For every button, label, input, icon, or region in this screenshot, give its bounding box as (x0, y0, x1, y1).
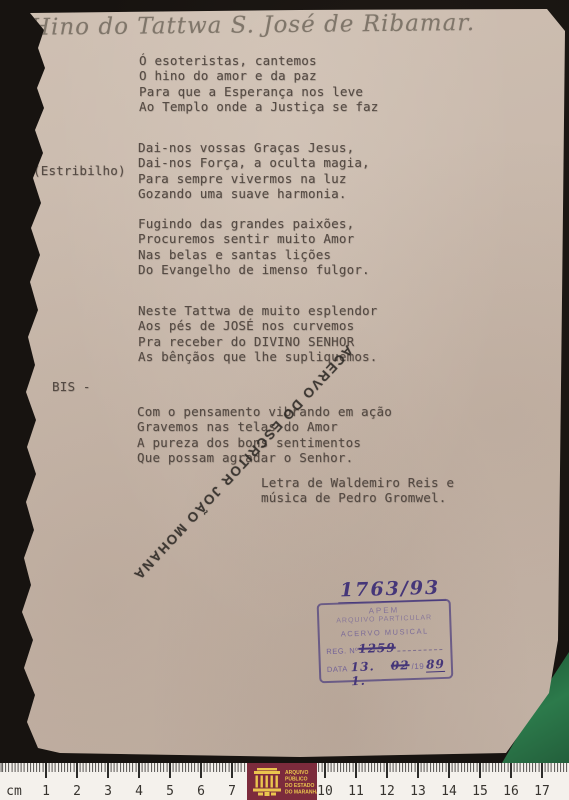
stanza-3: Fugindo das grandes paixões, Procuremos … (138, 216, 370, 278)
archive-badge-graphic: ARQUIVO PÚBLICO DO ESTADO DO MARANHÃO (247, 763, 317, 800)
stamp-reg-row: REG. Nº 1259 (326, 639, 444, 657)
ruler-cm-tick (324, 763, 326, 778)
badge-line-4: DO MARANHÃO (285, 789, 317, 796)
ruler-label-3: 3 (104, 784, 112, 799)
ruler-label-4: 4 (135, 784, 143, 799)
stamp-year-printed: /19 (411, 662, 424, 671)
stanza-2-refrain: Dai-nos vossas Graças Jesus, Dai-nos For… (138, 140, 370, 202)
ruler-cm-tick (200, 763, 202, 778)
ruler-label-2: 2 (73, 784, 81, 799)
ruler-cm-tick (417, 763, 419, 778)
stanza-1: Ó esoteristas, cantemos O hino do amor e… (139, 53, 379, 115)
bis-label: BIS - (52, 379, 91, 394)
stamp-reg-blank-line (397, 639, 442, 652)
archive-registration-stamp: APEM ARQUIVO PARTICULAR ACERVO MUSICAL R… (317, 599, 454, 684)
ruler-label-5: 5 (166, 784, 174, 799)
ruler-cm-tick (355, 763, 357, 778)
estribilho-label: (Estribilho) (33, 163, 126, 178)
stamp-year-value: 89 (426, 657, 445, 673)
ruler-label-13: 13 (410, 784, 426, 799)
stamp-date-struck-value: 02 (391, 658, 410, 673)
ruler-label-11: 11 (348, 784, 364, 799)
ruler-label-15: 15 (472, 784, 488, 799)
stamp-line-acervo-musical: ACERVO MUSICAL (326, 626, 444, 639)
ruler-cm-tick (479, 763, 481, 778)
stamp-reg-value: 1259 (358, 641, 396, 656)
ruler-cm-tick (231, 763, 233, 778)
ruler-cm-tick (169, 763, 171, 778)
ruler-label-14: 14 (441, 784, 457, 799)
handwritten-title: Hino do Tattwa S. José de Ribamar. (30, 9, 550, 40)
ruler-cm-tick (107, 763, 109, 778)
badge-line-3: DO ESTADO (285, 783, 314, 789)
ruler-label-17: 17 (534, 784, 550, 799)
ruler-label-12: 12 (379, 784, 395, 799)
stamp-date-label: DATA (327, 664, 348, 674)
badge-line-1: ARQUIVO (285, 770, 308, 776)
ruler-cm-tick (45, 763, 47, 778)
stamp-date-row: DATA 13. 1. 02 /19 89 (327, 657, 446, 689)
stamp-date-value: 13. 1. (351, 659, 392, 688)
ruler-label-1: 1 (42, 784, 50, 799)
scanned-document: Hino do Tattwa S. José de Ribamar. Ó eso… (0, 0, 569, 800)
ruler-cm-tick (76, 763, 78, 778)
ruler-cm-tick (386, 763, 388, 778)
archive-badge: ARQUIVO PÚBLICO DO ESTADO DO MARANHÃO (247, 763, 317, 800)
measurement-ruler: cm1234567891011121314151617 (0, 763, 569, 800)
document-paper: Hino do Tattwa S. José de Ribamar. Ó eso… (0, 0, 569, 760)
ruler-label-16: 16 (503, 784, 519, 799)
ruler-label-10: 10 (317, 784, 333, 799)
ruler-cm-tick (138, 763, 140, 778)
ruler-cm-tick (448, 763, 450, 778)
ruler-cm-tick (510, 763, 512, 778)
ruler-label-6: 6 (197, 784, 205, 799)
ruler-cm-tick (541, 763, 543, 778)
stamp-reg-label: REG. Nº (326, 646, 358, 656)
badge-line-2: PÚBLICO (285, 776, 308, 783)
author-credits: Letra de Waldemiro Reis e música de Pedr… (261, 475, 454, 506)
ruler-unit-label: cm (6, 784, 22, 799)
ruler-label-7: 7 (228, 784, 236, 799)
